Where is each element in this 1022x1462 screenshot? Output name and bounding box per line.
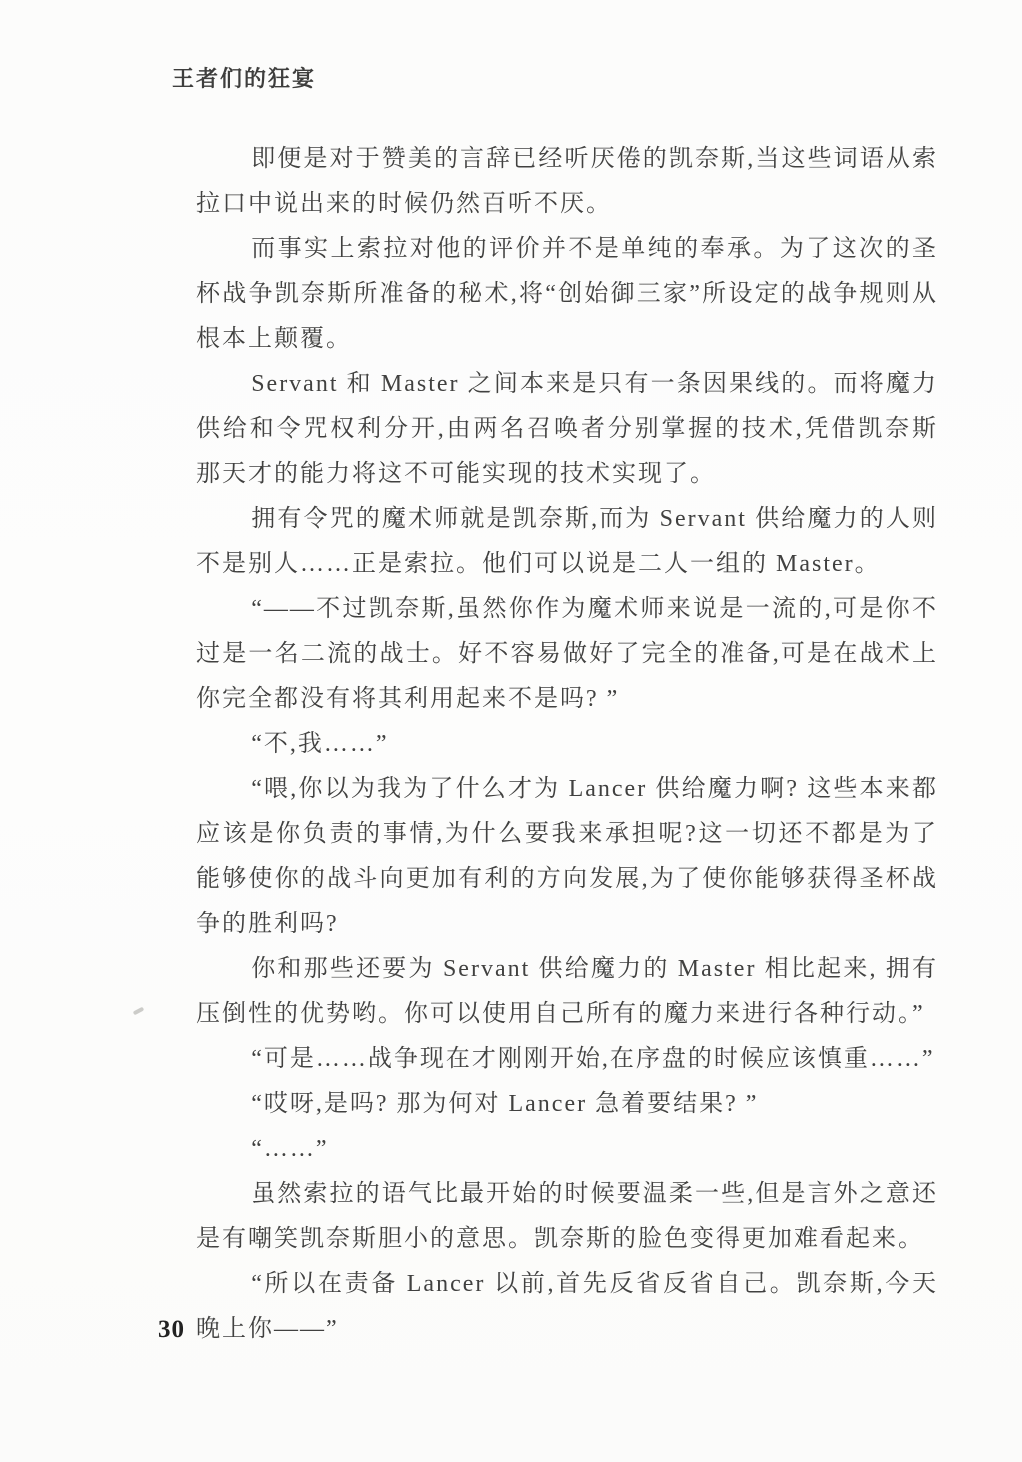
body-paragraph: “——不过凯奈斯,虽然你作为魔术师来说是一流的,可是你不过是一名二流的战士。好不…	[196, 587, 938, 722]
body-paragraph: 而事实上索拉对他的评价并不是单纯的奉承。为了这次的圣杯战争凯奈斯所准备的秘术,将…	[196, 227, 938, 362]
running-header: 王者们的狂宴	[172, 62, 316, 93]
body-paragraph: “哎呀,是吗? 那为何对 Lancer 急着要结果? ”	[196, 1082, 938, 1127]
body-paragraph: “……”	[196, 1127, 938, 1172]
body-paragraph: “所以在责备 Lancer 以前,首先反省反省自己。凯奈斯,今天晚上你——”	[196, 1262, 938, 1352]
body-paragraph: “喂,你以为我为了什么才为 Lancer 供给魔力啊? 这些本来都应该是你负责的…	[196, 767, 938, 947]
body-paragraph: 你和那些还要为 Servant 供给魔力的 Master 相比起来, 拥有压倒性…	[196, 947, 938, 1037]
body-paragraph: “可是……战争现在才刚刚开始,在序盘的时候应该慎重……”	[196, 1037, 938, 1082]
body-text: 即便是对于赞美的言辞已经听厌倦的凯奈斯,当这些词语从索拉口中说出来的时候仍然百听…	[196, 137, 938, 1352]
body-paragraph: 即便是对于赞美的言辞已经听厌倦的凯奈斯,当这些词语从索拉口中说出来的时候仍然百听…	[196, 137, 938, 227]
body-paragraph: 虽然索拉的语气比最开始的时候要温柔一些,但是言外之意还是有嘲笑凯奈斯胆小的意思。…	[196, 1172, 938, 1262]
book-page: 王者们的狂宴 即便是对于赞美的言辞已经听厌倦的凯奈斯,当这些词语从索拉口中说出来…	[0, 0, 1022, 1462]
scan-artifact-speck	[133, 1007, 145, 1016]
body-paragraph: “不,我……”	[196, 722, 938, 767]
page-number: 30	[158, 1316, 185, 1344]
body-paragraph: Servant 和 Master 之间本来是只有一条因果线的。而将魔力供给和令咒…	[196, 362, 938, 497]
body-paragraph: 拥有令咒的魔术师就是凯奈斯,而为 Servant 供给魔力的人则不是别人……正是…	[196, 497, 938, 587]
